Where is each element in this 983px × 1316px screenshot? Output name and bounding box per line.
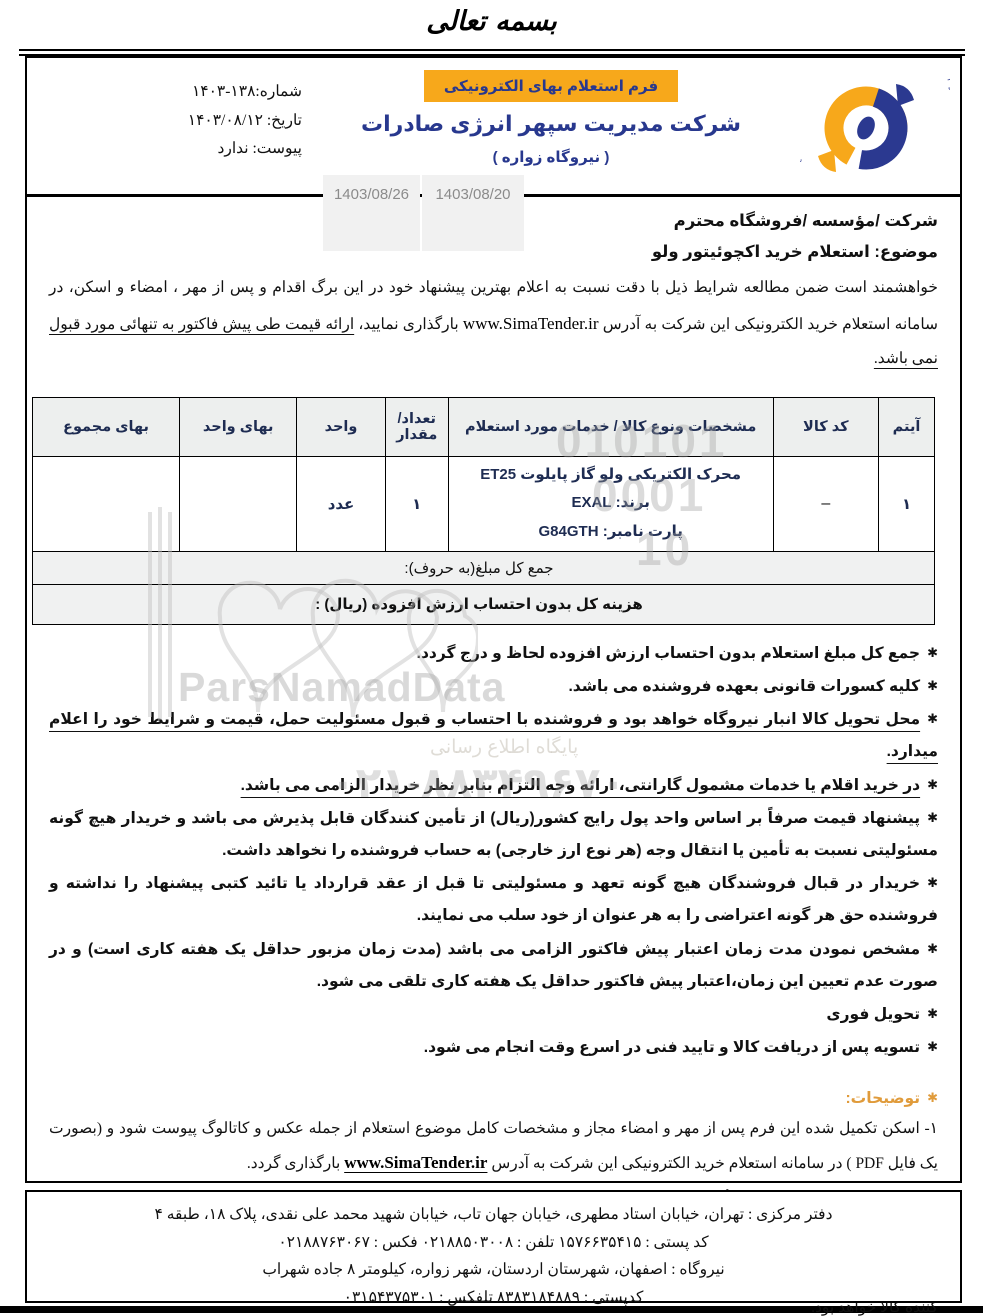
cell-total-price[interactable] <box>33 456 180 551</box>
total-excl-vat-row: هزینه کل بدون احتساب ارزش افزوده (ریال) … <box>33 584 935 624</box>
term-text: کلیه کسورات قانونی بعهده فروشنده می باشد… <box>568 678 920 695</box>
col-header-total-price: بهای مجموع <box>33 397 180 456</box>
cell-item-no: ۱ <box>879 456 935 551</box>
col-header-item-code: کد کالا <box>773 397 879 456</box>
asterisk-bullet-icon: ✱ <box>927 705 938 732</box>
spec-line-description: محرک الکتریکی ولو گاز پایلوت ET25 <box>450 461 772 490</box>
asterisk-bullet-icon: ✱ <box>927 1000 938 1027</box>
simatender-url-link[interactable]: www.SimaTender.ir <box>463 314 599 333</box>
total-excl-vat-label[interactable]: هزینه کل بدون احتساب ارزش افزوده (ریال) … <box>33 584 935 624</box>
table-row: ۱ – محرک الکتریکی ولو گاز پایلوت ET25 بر… <box>33 456 935 551</box>
spec-line-brand: برند: EXAL <box>450 489 772 518</box>
cell-unit: عدد <box>297 456 385 551</box>
notes-heading: ✱توضیحات: <box>49 1089 938 1108</box>
terms-list: ✱جمع کل مبلغ استعلام بدون احتساب ارزش اف… <box>49 638 938 1065</box>
asterisk-bullet-icon: ✱ <box>927 771 938 798</box>
document-date: تاریخ: ۱۴۰۳/۰۸/۱۲ <box>67 107 302 136</box>
simatender-url-link[interactable]: www.SimaTender.ir <box>344 1153 487 1172</box>
cell-specs: محرک الکتریکی ولو گاز پایلوت ET25 برند: … <box>448 456 773 551</box>
spec-line-part-number: پارت نامبر: G84GTH <box>450 518 772 547</box>
power-plant-subtitle: ( نیروگاه زواره ) <box>302 148 800 166</box>
form-type-badge: فرم استعلام بهای الکترونیکی <box>424 70 678 102</box>
term-item-9: ✱تسویه پس از دریافت کالا و تایید فنی در … <box>49 1032 938 1064</box>
term-item-5: ✱پیشنهاد قیمت صرفاً بر اساس واحد پول رای… <box>49 803 938 867</box>
asterisk-bullet-icon: ✱ <box>927 1033 938 1060</box>
notes-heading-text: توضیحات: <box>846 1090 921 1107</box>
col-header-item: آیتم <box>879 397 935 456</box>
header-titles: فرم استعلام بهای الکترونیکی شرکت مدیریت … <box>302 62 800 166</box>
intro-paragraph: خواهشمند است ضمن مطالعه شرایط ذیل با دقت… <box>49 271 938 377</box>
term-item-6: ✱خریدار در قبال فروشندگان هیچ گونه تعهد … <box>49 868 938 932</box>
term-text: جمع کل مبلغ استعلام بدون احتساب ارزش افز… <box>417 645 920 662</box>
note1-text: ۱- اسکن تکمیل شده این فرم پس از مهر و ام… <box>49 1120 938 1172</box>
footer-address-box: دفتر مرکزی : تهران، خیابان استاد مطهری، … <box>25 1190 962 1303</box>
main-content-box: شرکت /مؤسسه /فروشگاه محترم موضوع: استعلا… <box>25 196 962 1183</box>
cell-item-code: – <box>773 456 879 551</box>
head-office-postal-phone-fax: کد پستی : ۱۵۷۶۶۳۵۴۱۵ تلفن : ۰۲۱۸۸۵۰۳۰۰۸ … <box>27 1229 960 1257</box>
asterisk-bullet-icon: ✱ <box>927 804 938 831</box>
scanned-inquiry-document: { "bismillah": "بسمه تعالی", "header": {… <box>0 0 983 1316</box>
asterisk-bullet-icon: ✱ <box>927 672 938 699</box>
head-office-address: دفتر مرکزی : تهران، خیابان استاد مطهری، … <box>27 1201 960 1229</box>
col-header-unit: واحد <box>297 397 385 456</box>
logo-registration-number: شماره ثبت : ۶۲۰۹۰۹ <box>800 157 802 164</box>
term-item-3: ✱محل تحویل کالا انبار نیروگاه خواهد بود … <box>49 704 938 768</box>
cell-unit-price[interactable] <box>180 456 297 551</box>
power-plant-postal-telefax: کدپستی : ۸۳۸۳۱۸۴۸۸۹ تلفکس : ۰۳۱۵۴۳۷۵۳۰۱ <box>27 1284 960 1312</box>
table-header-row: آیتم کد کالا مشخصات ونوع کالا / خدمات مو… <box>33 397 935 456</box>
sepehr-energy-logo-icon: مدیریت سپهر انرژی صادرات شماره ثبت : ۶۲۰… <box>800 62 950 190</box>
term-item-1: ✱جمع کل مبلغ استعلام بدون احتساب ارزش اف… <box>49 638 938 670</box>
note-item-1: ۱- اسکن تکمیل شده این فرم پس از مهر و ام… <box>49 1112 938 1182</box>
term-item-7: ✱مشخص نمودن مدت زمان اعتبار پیش فاکتور ا… <box>49 934 938 998</box>
company-name-title: شرکت مدیریت سپهر انرژی صادرات <box>302 111 800 137</box>
term-text: در خرید اقلام یا خدمات مشمول گارانتی، ار… <box>241 777 920 794</box>
asterisk-bullet-icon: ✱ <box>927 935 938 962</box>
term-text: پیشنهاد قیمت صرفاً بر اساس واحد پول رایج… <box>49 810 938 859</box>
col-header-qty: تعداد/ مقدار <box>385 397 448 456</box>
cell-qty: ۱ <box>385 456 448 551</box>
inquiry-items-table: آیتم کد کالا مشخصات ونوع کالا / خدمات مو… <box>32 397 935 625</box>
company-logo: مدیریت سپهر انرژی صادرات شماره ثبت : ۶۲۰… <box>800 62 950 190</box>
document-attachment: پیوست: ندارد <box>67 135 302 164</box>
term-item-8: ✱تحویل فوری <box>49 999 938 1031</box>
date-stamp-deadline: 1403/08/26 <box>323 175 420 251</box>
term-text: مشخص نمودن مدت زمان اعتبار پیش فاکتور ال… <box>49 941 938 990</box>
logo-name-line2: انرژی صادرات <box>948 82 950 92</box>
sum-in-words-row: جمع کل مبلغ(به حروف): <box>33 551 935 584</box>
asterisk-bullet-icon: ✱ <box>927 1090 938 1106</box>
term-item-4: ✱در خرید اقلام یا خدمات مشمول گارانتی، ا… <box>49 770 938 802</box>
term-text: محل تحویل کالا انبار نیروگاه خواهد بود و… <box>49 711 938 760</box>
col-header-unit-price: بهای واحد <box>180 397 297 456</box>
term-text: تسویه پس از دریافت کالا و تایید فنی در ا… <box>424 1039 920 1056</box>
asterisk-bullet-icon: ✱ <box>927 869 938 896</box>
term-item-2: ✱کلیه کسورات قانونی بعهده فروشنده می باش… <box>49 671 938 703</box>
power-plant-address: نیروگاه : اصفهان، شهرستان اردستان، شهر ز… <box>27 1256 960 1284</box>
document-meta: شماره:۱۳۸-۱۴۰۳ تاریخ: ۱۴۰۳/۰۸/۱۲ پیوست: … <box>37 62 302 164</box>
term-text: خریدار در قبال فروشندگان هیچ گونه تعهد و… <box>49 875 938 924</box>
note1-suffix: بارگذاری گردد. <box>247 1155 340 1172</box>
date-stamp-publish: 1403/08/20 <box>422 175 524 251</box>
sum-in-words-label[interactable]: جمع کل مبلغ(به حروف): <box>33 551 935 584</box>
bismillah-calligraphy: بسمه تعالی <box>0 6 983 37</box>
col-header-specs: مشخصات ونوع کالا / خدمات مورد استعلام <box>448 397 773 456</box>
document-number: شماره:۱۳۸-۱۴۰۳ <box>67 78 302 107</box>
double-rule-divider <box>19 49 965 56</box>
term-text: تحویل فوری <box>826 1006 920 1023</box>
intro-text-after-url: بارگذاری نمایید، <box>358 316 458 333</box>
asterisk-bullet-icon: ✱ <box>927 639 938 666</box>
logo-name-line1: مدیریت سپهر <box>947 70 950 80</box>
